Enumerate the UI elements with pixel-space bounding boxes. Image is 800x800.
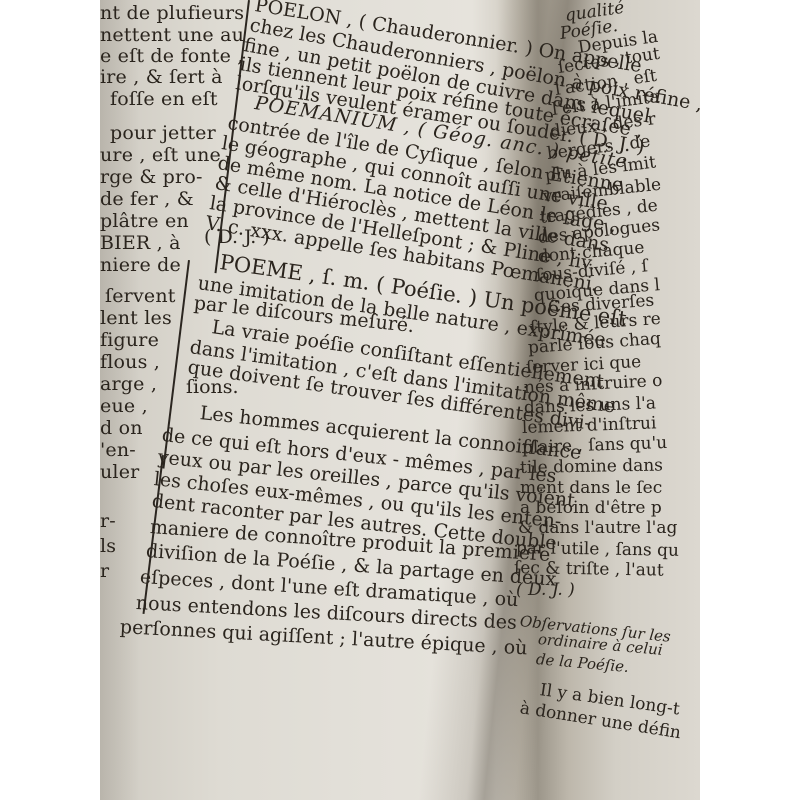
left-fragment: uler	[100, 461, 139, 483]
left-fragment: flous ,	[100, 351, 160, 373]
left-fragment: r	[100, 560, 109, 582]
left-fragment: pour jetter	[110, 122, 216, 144]
left-fragment: niere de	[100, 254, 181, 276]
left-fragment: arge ,	[100, 373, 157, 395]
text-line: ( D. J. )	[204, 226, 270, 248]
left-fragment: nettent une au	[100, 24, 244, 46]
left-fragment: foſſe en eſt	[110, 88, 218, 110]
left-fragment: eue ,	[100, 395, 148, 417]
text-line: tile domine dans	[520, 456, 663, 478]
left-fragment: e eſt de fonte ,	[100, 45, 244, 67]
left-fragment: 'en-	[100, 439, 136, 461]
left-fragment: ure , eſt une	[100, 144, 221, 166]
text-line: a beſoin d'être p	[520, 498, 662, 518]
left-fragment: plâtre en	[100, 210, 189, 232]
left-fragment: lent les	[100, 307, 172, 329]
text-line: ( D. J. )	[516, 580, 575, 600]
text-line: ſec & triſte , l'aut	[514, 558, 664, 581]
left-fragment: ls	[100, 535, 116, 557]
text-line: plaire , ſans qu'u	[522, 433, 668, 458]
book-photo: nt de plufieurs nettent une au e eſt de …	[100, 0, 700, 800]
left-fragment: ſervent	[105, 285, 176, 307]
left-fragment: figure	[100, 329, 159, 351]
text-line: par l'utile , ſans qu	[516, 538, 679, 561]
left-fragment: rge & pro-	[100, 166, 203, 188]
left-fragment: de fer , &	[100, 188, 194, 210]
text-line: & dans l'autre l'ag	[518, 518, 677, 538]
text-line: ſions.	[186, 376, 239, 398]
text-line: ment dans le ſec	[520, 478, 662, 498]
left-fragment: r-	[100, 510, 116, 532]
left-fragment: d on	[100, 417, 143, 439]
left-fragment: nt de plufieurs	[100, 2, 244, 24]
left-fragment: ire , & ſert à	[100, 66, 223, 88]
left-fragment: BIER , à	[100, 232, 181, 254]
